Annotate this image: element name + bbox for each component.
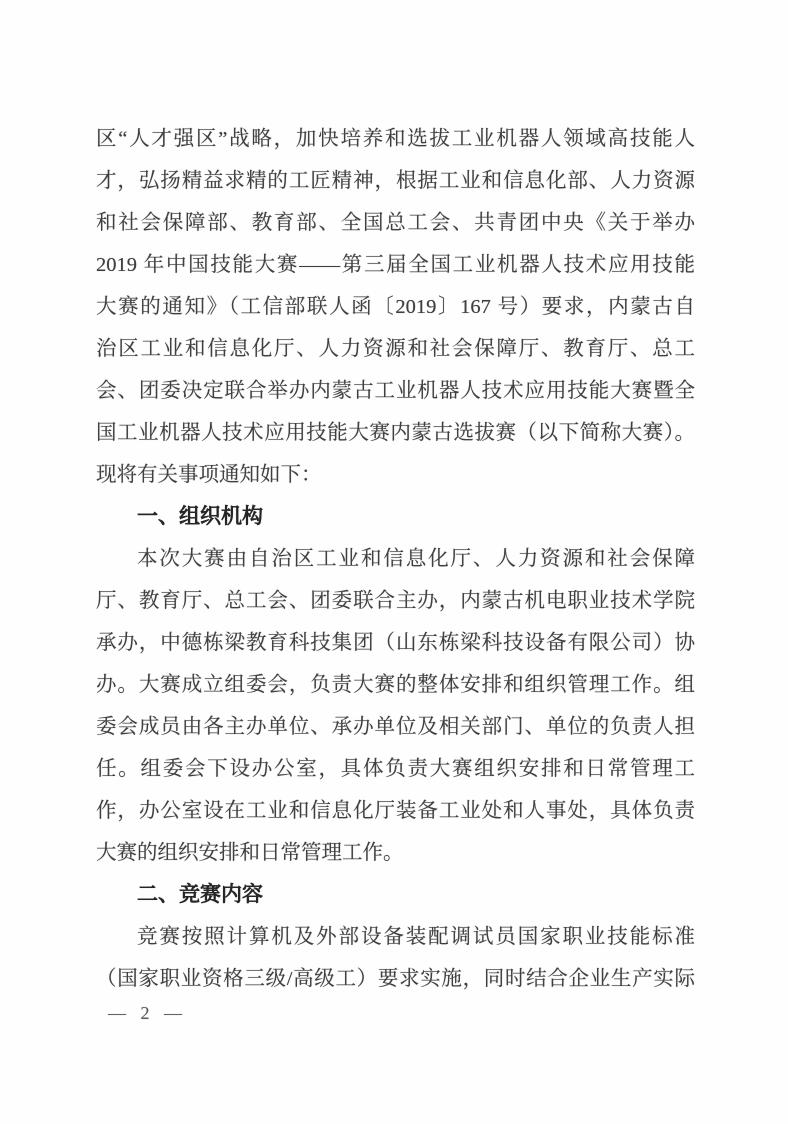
paragraph-continuation: 区“人才强区”战略，加快培养和选拔工业机器人领域高技能人 才，弘扬精益求精的工匠… bbox=[96, 118, 695, 496]
body-line: 2019 年中国技能大赛——第三届全国工业机器人技术应用技能 bbox=[96, 244, 695, 286]
body-line: 厅、教育厅、总工会、团委联合主办，内蒙古机电职业技术学院 bbox=[96, 580, 695, 622]
section-heading-1: 一、组织机构 bbox=[96, 496, 695, 538]
body-line: 大赛的通知》（工信部联人函〔2019〕167 号）要求，内蒙古自 bbox=[96, 286, 695, 328]
paragraph-organization: 本次大赛由自治区工业和信息化厅、人力资源和社会保障 厅、教育厅、总工会、团委联合… bbox=[96, 538, 695, 874]
body-line: 才，弘扬精益求精的工匠精神，根据工业和信息化部、人力资源 bbox=[96, 160, 695, 202]
document-body: 区“人才强区”战略，加快培养和选拔工业机器人领域高技能人 才，弘扬精益求精的工匠… bbox=[96, 118, 695, 1000]
body-line: 办。大赛成立组委会，负责大赛的整体安排和组织管理工作。组 bbox=[96, 664, 695, 706]
body-line: 大赛的组织安排和日常管理工作。 bbox=[96, 832, 695, 874]
body-line: 和社会保障部、教育部、全国总工会、共青团中央《关于举办 bbox=[96, 202, 695, 244]
body-line: （国家职业资格三级/高级工）要求实施，同时结合企业生产实际 bbox=[96, 958, 695, 1000]
body-line: 作，办公室设在工业和信息化厅装备工业处和人事处，具体负责 bbox=[96, 790, 695, 832]
body-line: 任。组委会下设办公室，具体负责大赛组织安排和日常管理工 bbox=[96, 748, 695, 790]
body-line: 现将有关事项通知如下： bbox=[96, 454, 695, 496]
body-line: 国工业机器人技术应用技能大赛内蒙古选拔赛（以下简称大赛）。 bbox=[96, 412, 695, 454]
page-number: — 2 — bbox=[108, 1000, 184, 1026]
body-line: 治区工业和信息化厅、人力资源和社会保障厅、教育厅、总工 bbox=[96, 328, 695, 370]
body-line: 区“人才强区”战略，加快培养和选拔工业机器人领域高技能人 bbox=[96, 118, 695, 160]
body-line: 委会成员由各主办单位、承办单位及相关部门、单位的负责人担 bbox=[96, 706, 695, 748]
body-line: 本次大赛由自治区工业和信息化厅、人力资源和社会保障 bbox=[96, 538, 695, 580]
body-line: 承办，中德栋梁教育科技集团（山东栋梁科技设备有限公司）协 bbox=[96, 622, 695, 664]
document-page: 区“人才强区”战略，加快培养和选拔工业机器人领域高技能人 才，弘扬精益求精的工匠… bbox=[0, 0, 788, 1124]
section-heading-2: 二、竞赛内容 bbox=[96, 874, 695, 916]
paragraph-competition-content: 竞赛按照计算机及外部设备装配调试员国家职业技能标准 （国家职业资格三级/高级工）… bbox=[96, 916, 695, 1000]
body-line: 竞赛按照计算机及外部设备装配调试员国家职业技能标准 bbox=[96, 916, 695, 958]
body-line: 会、团委决定联合举办内蒙古工业机器人技术应用技能大赛暨全 bbox=[96, 370, 695, 412]
